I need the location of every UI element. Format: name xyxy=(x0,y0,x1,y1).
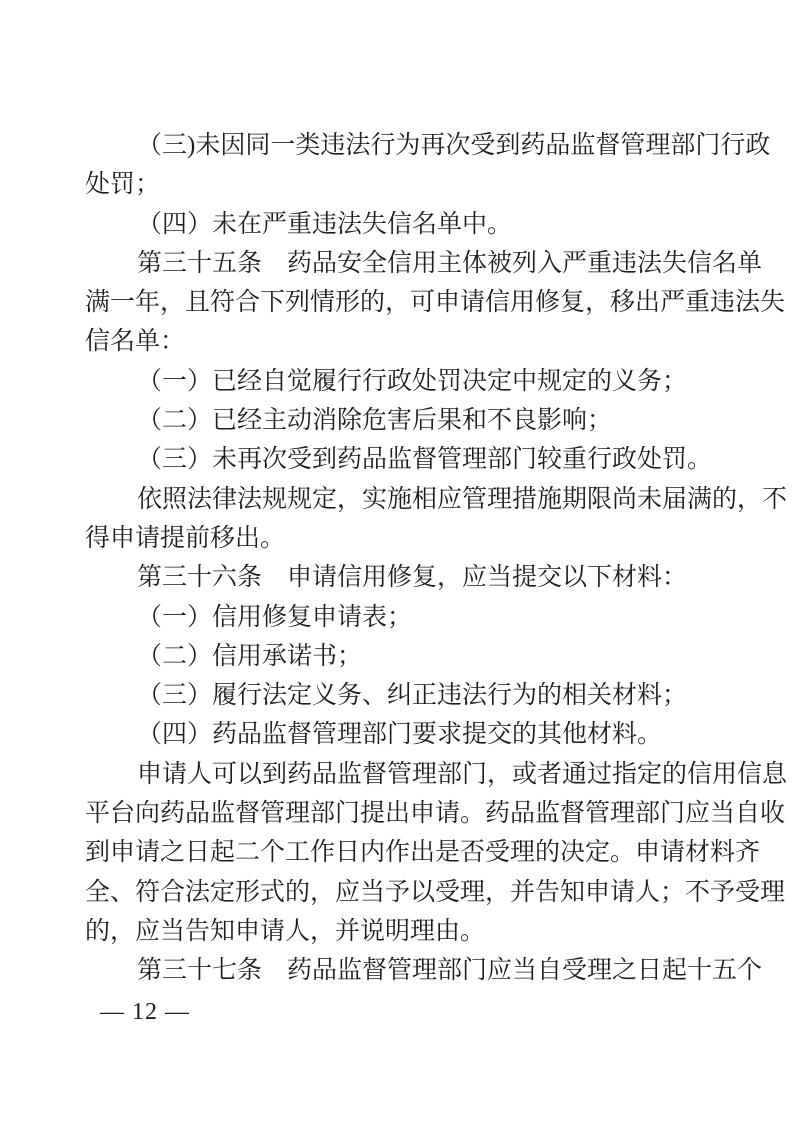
text-line: 平台向药品监督管理部门提出申请。药品监督管理部门应当自收 xyxy=(85,794,763,833)
text-line: 信名单： xyxy=(85,322,763,361)
text-line: （二）已经主动消除危害后果和不良影响； xyxy=(85,401,763,440)
text-line: （一）信用修复申请表； xyxy=(85,598,763,637)
text-line: 满一年，且符合下列情形的，可申请信用修复，移出严重违法失 xyxy=(85,283,763,322)
document-body: （三)未因同一类违法行为再次受到药品监督管理部门行政处罚；（四）未在严重违法失信… xyxy=(85,126,763,991)
text-line: 第三十七条 药品监督管理部门应当自受理之日起十五个 xyxy=(85,951,763,990)
text-line: 申请人可以到药品监督管理部门，或者通过指定的信用信息 xyxy=(85,755,763,794)
text-line: （二）信用承诺书； xyxy=(85,637,763,676)
text-line: 的，应当告知申请人，并说明理由。 xyxy=(85,912,763,951)
page-number: — 12 — xyxy=(100,998,190,1026)
text-line: 第三十五条 药品安全信用主体被列入严重违法失信名单 xyxy=(85,244,763,283)
text-line: 依照法律法规规定，实施相应管理措施期限尚未届满的，不 xyxy=(85,480,763,519)
document-page: （三)未因同一类违法行为再次受到药品监督管理部门行政处罚；（四）未在严重违法失信… xyxy=(0,0,793,1122)
text-line: （一）已经自觉履行行政处罚决定中规定的义务； xyxy=(85,362,763,401)
text-line: （四）药品监督管理部门要求提交的其他材料。 xyxy=(85,715,763,754)
text-line: （三)未因同一类违法行为再次受到药品监督管理部门行政 xyxy=(85,126,763,165)
text-line: 全、符合法定形式的，应当予以受理，并告知申请人；不予受理 xyxy=(85,873,763,912)
text-line: （四）未在严重违法失信名单中。 xyxy=(85,205,763,244)
text-line: 到申请之日起二个工作日内作出是否受理的决定。申请材料齐 xyxy=(85,833,763,872)
text-line: （三）未再次受到药品监督管理部门较重行政处罚。 xyxy=(85,440,763,479)
text-line: （三）履行法定义务、纠正违法行为的相关材料； xyxy=(85,676,763,715)
text-line: 处罚； xyxy=(85,165,763,204)
text-line: 第三十六条 申请信用修复，应当提交以下材料： xyxy=(85,558,763,597)
text-line: 得申请提前移出。 xyxy=(85,519,763,558)
